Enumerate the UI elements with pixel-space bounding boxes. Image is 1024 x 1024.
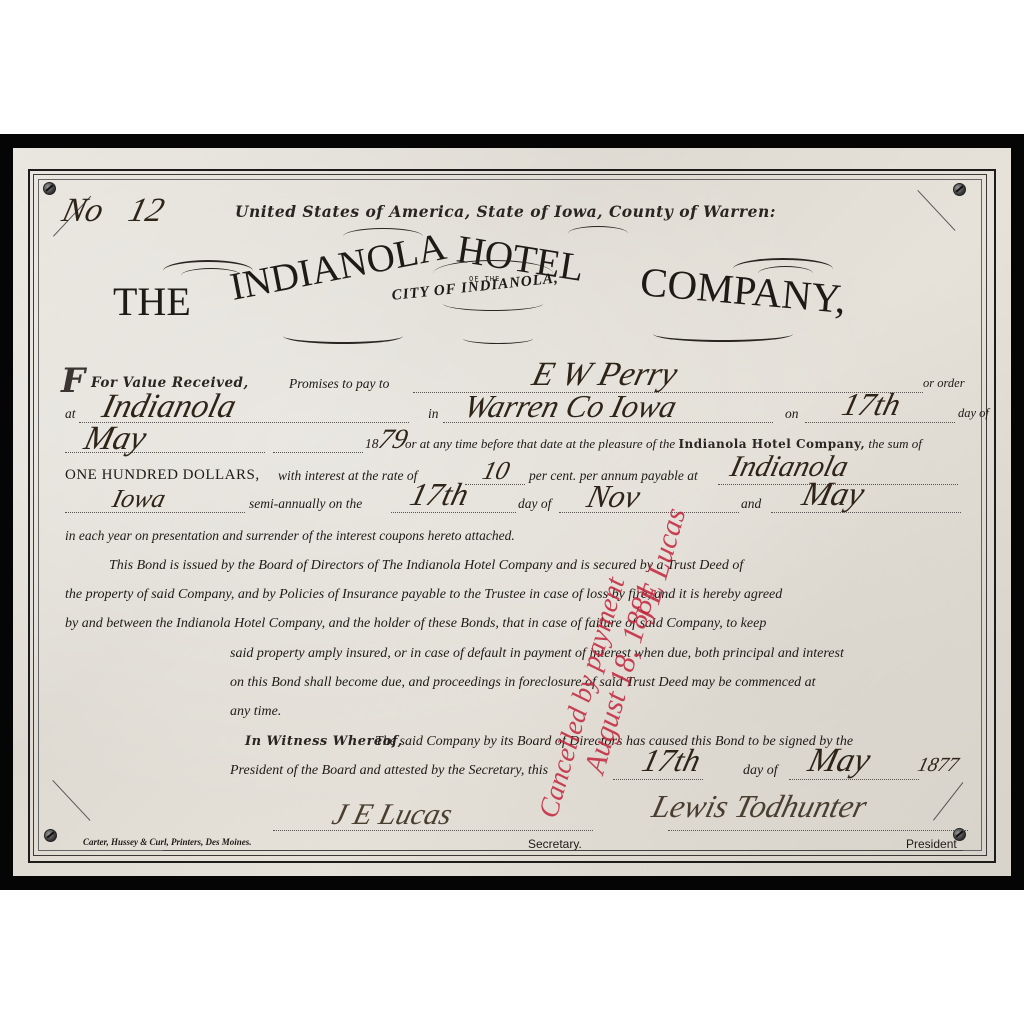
corner-screw-icon — [43, 182, 56, 195]
witness-year: 1877 — [915, 754, 961, 777]
decorative-swash — [568, 226, 628, 241]
jurisdiction-header: United States of America, State of Iowa,… — [235, 202, 776, 221]
decorative-swash — [443, 296, 543, 311]
decorative-swash — [653, 326, 793, 342]
title-the: THE — [113, 278, 191, 325]
bond-terms-line-6: any time. — [230, 704, 281, 720]
corner-screw-icon — [44, 829, 57, 842]
in-label: in — [428, 406, 439, 422]
bond-terms-line-5: on this Bond shall become due, and proce… — [230, 675, 816, 691]
pleasure-clause-text: or at any time before that date at the p… — [405, 436, 675, 451]
on-label: on — [785, 406, 799, 422]
company-name-blackletter: Indianola Hotel Company, — [678, 437, 865, 451]
bond-terms-line-4: said property amply insured, or in case … — [230, 646, 844, 662]
bond-number-label: No — [59, 192, 108, 229]
decorative-swash — [758, 266, 813, 281]
decorative-swash — [343, 228, 423, 245]
at-label: at — [65, 406, 76, 422]
witness-month-handwritten: May — [804, 742, 874, 780]
day-of-label: day of — [958, 406, 989, 421]
interest-clause: with interest at the rate of — [278, 468, 417, 484]
decorative-swash — [433, 260, 553, 287]
day-handwritten: 17th — [838, 386, 904, 423]
secretary-label: Secretary. — [528, 837, 582, 851]
secretary-signature: J E Lucas — [329, 798, 456, 832]
payable-place-2-handwritten: Iowa — [109, 484, 168, 514]
decorative-swash — [181, 268, 241, 283]
semi-day-handwritten: 17th — [406, 476, 472, 513]
decorative-swash — [463, 333, 533, 344]
bond-number: No 12 — [58, 192, 168, 230]
semi-month-1-handwritten: Nov — [583, 478, 644, 515]
coupons-clause: in each year on presentation and surrend… — [65, 528, 515, 544]
amount-text: ONE HUNDRED DOLLARS, — [65, 467, 260, 484]
promises-to-pay-label: Promises to pay to — [289, 376, 389, 392]
county-handwritten: Warren Co Iowa — [460, 388, 680, 425]
month-handwritten: May — [80, 420, 150, 458]
witness-clause-line-2: President of the Board and attested by t… — [230, 763, 548, 779]
president-signature-line — [668, 830, 968, 831]
witness-day-handwritten: 17th — [638, 742, 704, 779]
witness-day-line — [613, 779, 703, 780]
president-signature: Lewis Todhunter — [648, 788, 870, 825]
or-order-label: or order — [923, 376, 965, 391]
semi-month-2-handwritten: May — [798, 476, 868, 514]
sum-of-text: the sum of — [868, 436, 921, 451]
witness-day-of-label: day of — [743, 763, 778, 779]
semi-day-of-label: day of — [518, 496, 551, 512]
decorative-swash — [283, 328, 403, 344]
ornate-initial-f: F — [61, 364, 91, 398]
president-label: President — [906, 837, 957, 851]
year-spacer-line — [273, 452, 363, 453]
semi-annually-label: semi-annually on the — [249, 496, 362, 512]
bond-terms-line-2: the property of said Company, and by Pol… — [65, 587, 782, 603]
corner-screw-icon — [953, 183, 966, 196]
printer-imprint: Carter, Hussey & Curl, Printers, Des Moi… — [83, 837, 252, 847]
bottom-rule — [163, 850, 963, 851]
and-label: and — [741, 496, 761, 512]
bond-certificate: No 12 United States of America, State of… — [13, 148, 1011, 876]
